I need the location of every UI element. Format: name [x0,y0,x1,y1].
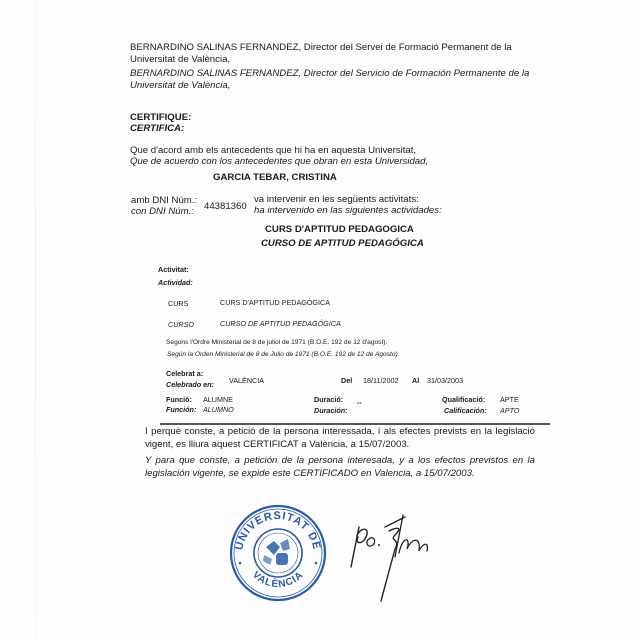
role-value-es: ALUMNO [203,405,234,415]
activity-name-es: CURSO DE APTITUD PEDAGÓGICA [220,319,341,329]
header-line2-es: Universitat de València, [130,80,230,92]
university-stamp-icon: UNIVERSITAT DE VALÈNCIA [228,503,328,603]
course-title-ca: CURS D'APTITUD PEDAGOGICA [265,224,414,236]
signature-icon [345,505,440,605]
certify-es: CERTIFICA: [130,123,184,135]
svg-text:VALÈNCIA: VALÈNCIA [250,569,306,590]
dni-label-es: con DNI Núm.: [131,206,194,218]
place-label-ca: Celebrat a: [166,369,203,379]
dni-number: 44381360 [204,201,247,213]
section-divider [160,423,550,425]
grade-value-es: APTO [500,406,519,416]
activity-intro-es: ha intervenido en las siguientes activid… [254,205,442,217]
to-date: 31/03/2003 [427,376,463,386]
activity-type-es: CURSO [168,320,194,330]
order-ca: Segons l'Ordre Ministerial de 8 de julio… [166,338,387,348]
grade-label-ca: Qualificació: [442,395,485,405]
header-line2-ca: Universitat de València, [130,54,230,66]
to-label: Al [412,376,419,386]
role-label-es: Función: [166,405,196,415]
place-label-es: Celebrado en: [166,380,214,390]
intro-es: Que de acuerdo con los antecedentes que … [130,156,428,168]
grade-value-ca: APTE [500,395,519,405]
scan-edge [35,0,36,640]
closing-es: Y para que conste, a petición de la pers… [145,455,535,480]
role-value-ca: ALUMNE [203,395,233,405]
activity-type-ca: CURS [168,299,188,309]
duration-label-es: Duración: [314,406,348,416]
certificate-page: BERNARDINO SALINAS FERNANDEZ, Director d… [0,0,640,640]
header-line1-ca: BERNARDINO SALINAS FERNANDEZ, Director d… [130,42,512,54]
duration-value: -- [357,398,362,408]
header-line1-es: BERNARDINO SALINAS FERNANDEZ, Director d… [130,68,529,80]
duration-label-ca: Duració: [314,395,343,405]
activity-label-ca: Activitat: [158,265,189,275]
place-value: VALÈNCIA [229,376,264,386]
closing-ca: I perquè conste, a petició de la persona… [145,426,535,451]
role-label-ca: Funció: [166,395,192,405]
activity-name-ca: CURS D'APTITUD PEDAGÒGICA [220,298,330,308]
from-date: 18/11/2002 [363,376,398,386]
from-label: Del [341,376,352,386]
order-es: Según la Orden Ministerial de 8 de Julio… [167,350,400,360]
grade-label-es: Calificación: [444,406,487,416]
person-name: GARCIA TEBAR, CRISTINA [213,172,337,184]
activity-label-es: Actividad: [158,278,193,288]
course-title-es: CURSO DE APTITUD PEDAGÓGICA [261,238,424,250]
